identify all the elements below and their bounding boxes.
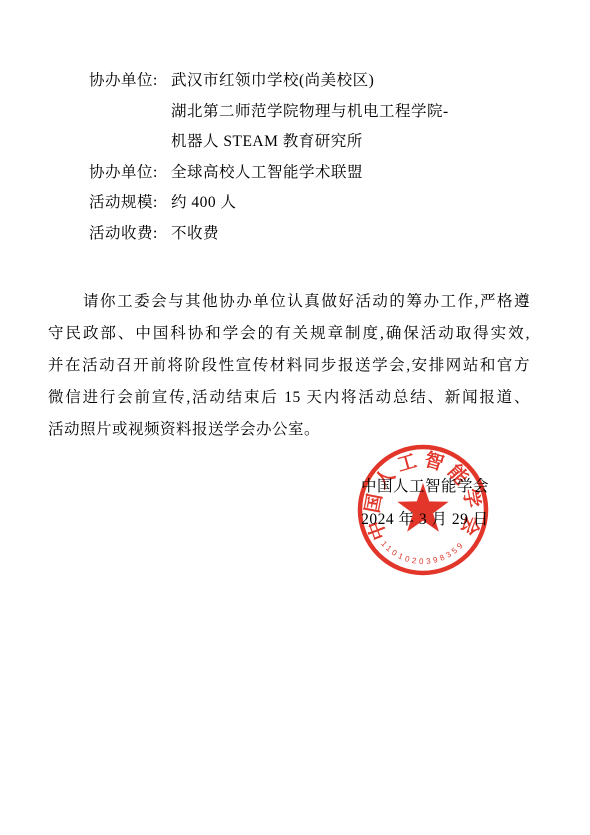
info-row-scale: 活动规模:约 400 人 [89, 188, 449, 219]
info-row-cohost-1-cont2: 机器人 STEAM 教育研究所 [89, 127, 449, 158]
paragraph-line: 请你工委会与其他协办单位认真做好活动的筹办工作,严格遵 [48, 286, 530, 318]
paragraph-line: 活动照片或视频资料报送学会办公室。 [48, 414, 530, 446]
info-value: 全球高校人工智能学术联盟 [171, 164, 363, 181]
body-paragraph: 请你工委会与其他协办单位认真做好活动的筹办工作,严格遵 守民政部、中国科协和学会… [48, 286, 530, 446]
paragraph-line: 守民政部、中国科协和学会的有关规章制度,确保活动取得实效, [48, 318, 530, 350]
info-row-cohost-1: 协办单位:武汉市红领巾学校(尚美校区) [89, 66, 449, 97]
document-page: 协办单位:武汉市红领巾学校(尚美校区) 湖北第二师范学院物理与机电工程学院- 机… [0, 0, 590, 835]
info-value: 武汉市红领巾学校(尚美校区) [171, 72, 374, 89]
info-value: 不收费 [171, 225, 219, 242]
info-row-cohost-1-cont: 湖北第二师范学院物理与机电工程学院- [89, 97, 449, 128]
signature-organization: 中国人工智能学会 [340, 470, 510, 503]
info-label: 协办单位: [89, 158, 171, 189]
info-label: 活动规模: [89, 188, 171, 219]
info-list: 协办单位:武汉市红领巾学校(尚美校区) 湖北第二师范学院物理与机电工程学院- 机… [89, 66, 449, 249]
info-value: 机器人 STEAM 教育研究所 [171, 133, 363, 150]
info-label: 活动收费: [89, 219, 171, 250]
info-row-fee: 活动收费:不收费 [89, 219, 449, 250]
info-value: 湖北第二师范学院物理与机电工程学院- [171, 103, 449, 120]
signature-date: 2024 年 3 月 29 日 [340, 503, 510, 536]
signature-block: 中国人工智能学会 2024 年 3 月 29 日 [340, 470, 510, 536]
info-label: 协办单位: [89, 66, 171, 97]
info-value: 约 400 人 [171, 194, 237, 211]
seal-serial-number: 1101020398359 [379, 539, 466, 566]
info-row-cohost-2: 协办单位:全球高校人工智能学术联盟 [89, 158, 449, 189]
paragraph-line: 微信进行会前宣传,活动结束后 15 天内将活动总结、新闻报道、 [48, 382, 530, 414]
paragraph-line: 并在活动召开前将阶段性宣传材料同步报送学会,安排网站和官方 [48, 350, 530, 382]
